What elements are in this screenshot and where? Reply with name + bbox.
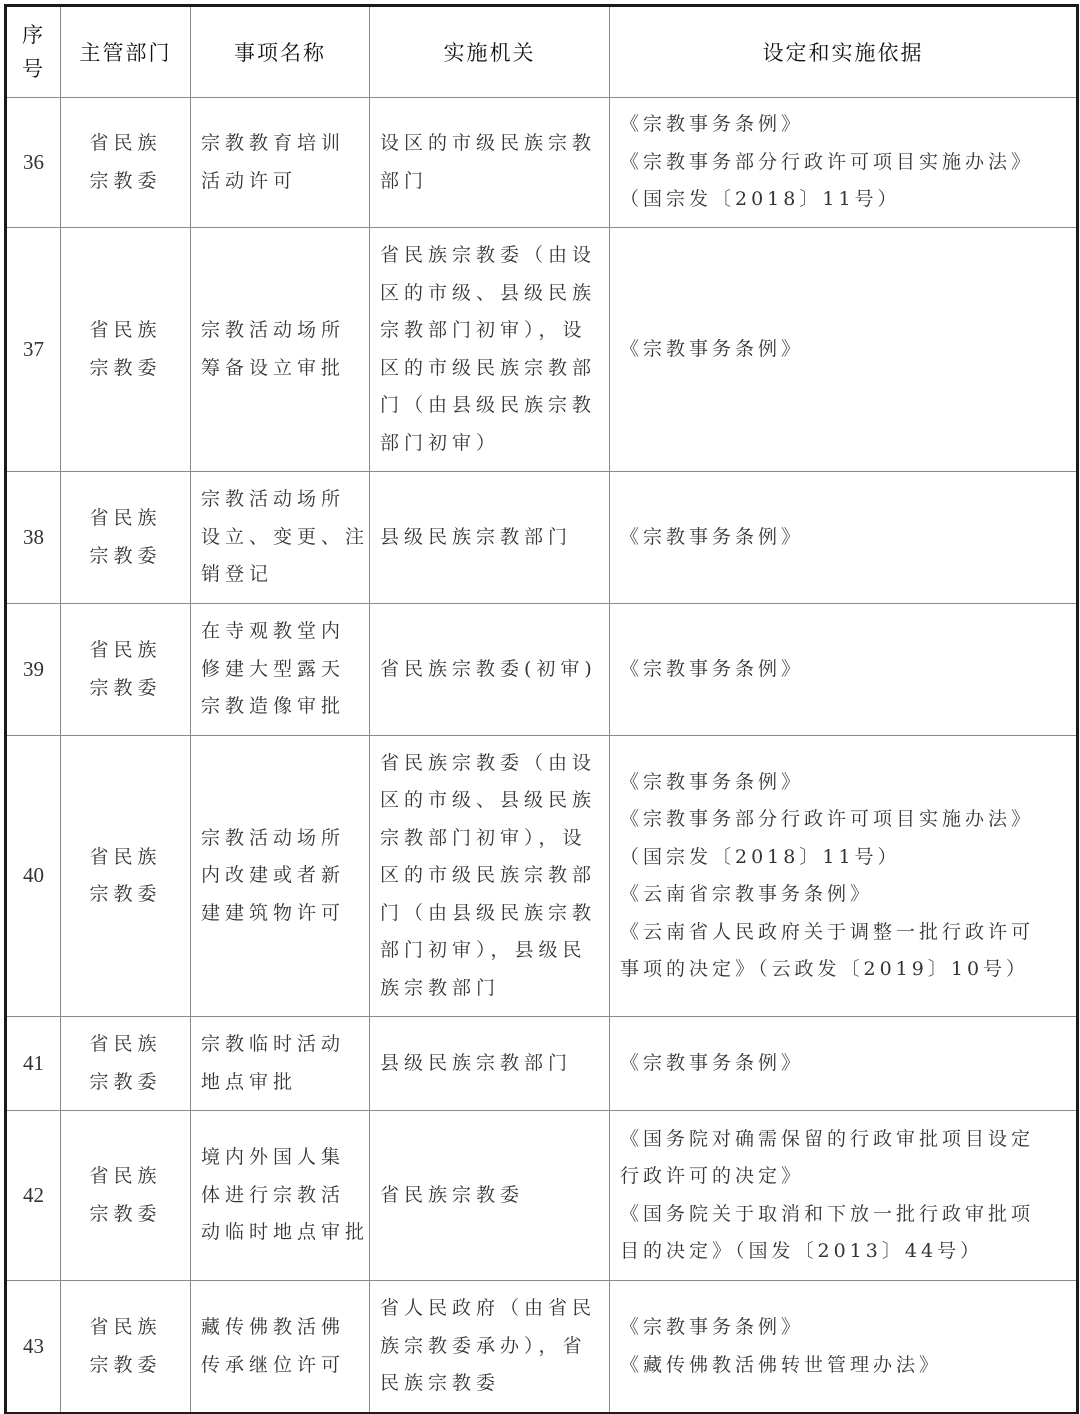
item-name-cell-line: 传承继位许可 [201, 1347, 363, 1385]
item-name-cell-line: 设立、变更、注 [201, 519, 363, 557]
legal-basis-cell-line: 《宗教事务条例》 [620, 651, 1072, 689]
item-name-cell-line: 宗教活动场所 [201, 481, 363, 519]
item-name-cell: 宗教临时活动地点审批 [191, 1017, 370, 1111]
item-name-cell: 宗教活动场所筹备设立审批 [191, 228, 370, 472]
table-row: 39省民族宗教委在寺观教堂内修建大型露天宗教造像审批省民族宗教委(初审)《宗教事… [6, 604, 1078, 736]
item-name-cell-line: 动临时地点审批 [201, 1214, 363, 1252]
legal-basis-cell-line: 《宗教事务部分行政许可项目实施办法》 [620, 801, 1072, 839]
department-cell-line: 省民族 [61, 500, 190, 538]
legal-basis-cell: 《宗教事务条例》 [610, 604, 1078, 736]
row-number: 40 [6, 736, 61, 1017]
item-name-cell-line: 筹备设立审批 [201, 350, 363, 388]
row-number: 43 [6, 1281, 61, 1414]
legal-basis-cell-line: 行政许可的决定》 [620, 1158, 1072, 1196]
item-name-cell-line: 修建大型露天 [201, 651, 363, 689]
item-name-cell-line: 活动许可 [201, 163, 363, 201]
department-cell: 省民族宗教委 [61, 472, 191, 604]
implementing-agency-cell-line: 民族宗教委 [380, 1365, 603, 1403]
implementing-agency-cell-line: 区的市级、县级民族 [380, 782, 603, 820]
department-cell: 省民族宗教委 [61, 604, 191, 736]
legal-basis-cell-line: 《宗教事务条例》 [620, 106, 1072, 144]
implementing-agency-cell-line: 宗教部门初审），设 [380, 820, 603, 858]
legal-basis-cell: 《宗教事务条例》《藏传佛教活佛转世管理办法》 [610, 1281, 1078, 1414]
legal-basis-cell-line: 《云南省人民政府关于调整一批行政许可 [620, 914, 1072, 952]
implementing-agency-cell-line: 部门 [380, 163, 603, 201]
legal-basis-cell: 《国务院对确需保留的行政审批项目设定行政许可的决定》《国务院关于取消和下放一批行… [610, 1111, 1078, 1281]
department-cell-line: 省民族 [61, 1158, 190, 1196]
implementing-agency-cell-line: 部门初审），县级民 [380, 932, 603, 970]
department-cell: 省民族宗教委 [61, 736, 191, 1017]
administrative-permit-table: 序 号 主管部门 事项名称 实施机关 设定和实施依据 36省民族宗教委宗教教育培… [4, 4, 1079, 1414]
table-row: 41省民族宗教委宗教临时活动地点审批县级民族宗教部门《宗教事务条例》 [6, 1017, 1078, 1111]
header-seq-line2: 号 [7, 52, 60, 86]
row-number: 42 [6, 1111, 61, 1281]
department-cell-line: 省民族 [61, 632, 190, 670]
implementing-agency-cell-line: 省民族宗教委（由设 [380, 237, 603, 275]
legal-basis-cell-line: 《藏传佛教活佛转世管理办法》 [620, 1347, 1072, 1385]
legal-basis-cell: 《宗教事务条例》 [610, 228, 1078, 472]
header-seq: 序 号 [6, 6, 61, 98]
implementing-agency-cell: 县级民族宗教部门 [370, 1017, 610, 1111]
table-row: 40省民族宗教委宗教活动场所内改建或者新建建筑物许可省民族宗教委（由设区的市级、… [6, 736, 1078, 1017]
implementing-agency-cell: 省民族宗教委(初审) [370, 604, 610, 736]
row-number: 36 [6, 98, 61, 228]
item-name-cell-line: 体进行宗教活 [201, 1177, 363, 1215]
implementing-agency-cell-line: 宗教部门初审），设 [380, 312, 603, 350]
legal-basis-cell-line: 《国务院关于取消和下放一批行政审批项 [620, 1196, 1072, 1234]
legal-basis-cell: 《宗教事务条例》《宗教事务部分行政许可项目实施办法》（国宗发〔2018〕11号） [610, 98, 1078, 228]
legal-basis-cell: 《宗教事务条例》《宗教事务部分行政许可项目实施办法》（国宗发〔2018〕11号）… [610, 736, 1078, 1017]
header-basis: 设定和实施依据 [610, 6, 1078, 98]
item-name-cell-line: 销登记 [201, 556, 363, 594]
implementing-agency-cell-line: 门（由县级民族宗教 [380, 387, 603, 425]
legal-basis-cell-line: 《宗教事务条例》 [620, 519, 1072, 557]
item-name-cell-line: 宗教教育培训 [201, 125, 363, 163]
implementing-agency-cell: 省民族宗教委 [370, 1111, 610, 1281]
item-name-cell: 宗教教育培训活动许可 [191, 98, 370, 228]
implementing-agency-cell-line: 族宗教部门 [380, 970, 603, 1008]
table-row: 37省民族宗教委宗教活动场所筹备设立审批省民族宗教委（由设区的市级、县级民族宗教… [6, 228, 1078, 472]
department-cell-line: 宗教委 [61, 1196, 190, 1234]
department-cell: 省民族宗教委 [61, 98, 191, 228]
implementing-agency-cell-line: 省民族宗教委 [380, 1177, 603, 1215]
department-cell-line: 宗教委 [61, 163, 190, 201]
header-dept: 主管部门 [61, 6, 191, 98]
implementing-agency-cell-line: 门（由县级民族宗教 [380, 895, 603, 933]
legal-basis-cell-line: 《云南省宗教事务条例》 [620, 876, 1072, 914]
department-cell-line: 省民族 [61, 839, 190, 877]
legal-basis-cell-line: 目的决定》（国发〔2013〕44号） [620, 1233, 1072, 1271]
implementing-agency-cell-line: 县级民族宗教部门 [380, 1045, 603, 1083]
row-number: 37 [6, 228, 61, 472]
item-name-cell-line: 藏传佛教活佛 [201, 1309, 363, 1347]
item-name-cell-line: 建建筑物许可 [201, 895, 363, 933]
implementing-agency-cell: 省民族宗教委（由设区的市级、县级民族宗教部门初审），设区的市级民族宗教部门（由县… [370, 736, 610, 1017]
legal-basis-cell-line: （国宗发〔2018〕11号） [620, 181, 1072, 219]
item-name-cell: 境内外国人集体进行宗教活动临时地点审批 [191, 1111, 370, 1281]
header-org: 实施机关 [370, 6, 610, 98]
implementing-agency-cell-line: 部门初审） [380, 425, 603, 463]
department-cell-line: 宗教委 [61, 1347, 190, 1385]
legal-basis-cell-line: 《宗教事务条例》 [620, 1309, 1072, 1347]
table-row: 42省民族宗教委境内外国人集体进行宗教活动临时地点审批省民族宗教委《国务院对确需… [6, 1111, 1078, 1281]
implementing-agency-cell: 省人民政府（由省民族宗教委承办），省民族宗教委 [370, 1281, 610, 1414]
implementing-agency-cell-line: 省民族宗教委（由设 [380, 745, 603, 783]
implementing-agency-cell-line: 设区的市级民族宗教 [380, 125, 603, 163]
legal-basis-cell-line: 《宗教事务部分行政许可项目实施办法》 [620, 144, 1072, 182]
legal-basis-cell: 《宗教事务条例》 [610, 1017, 1078, 1111]
item-name-cell-line: 宗教活动场所 [201, 312, 363, 350]
department-cell-line: 省民族 [61, 125, 190, 163]
implementing-agency-cell: 设区的市级民族宗教部门 [370, 98, 610, 228]
implementing-agency-cell-line: 族宗教委承办），省 [380, 1328, 603, 1366]
table-row: 38省民族宗教委宗教活动场所设立、变更、注销登记县级民族宗教部门《宗教事务条例》 [6, 472, 1078, 604]
legal-basis-cell: 《宗教事务条例》 [610, 472, 1078, 604]
implementing-agency-cell-line: 区的市级、县级民族 [380, 275, 603, 313]
department-cell-line: 宗教委 [61, 350, 190, 388]
legal-basis-cell-line: 《国务院对确需保留的行政审批项目设定 [620, 1121, 1072, 1159]
implementing-agency-cell: 县级民族宗教部门 [370, 472, 610, 604]
legal-basis-cell-line: 《宗教事务条例》 [620, 1045, 1072, 1083]
department-cell: 省民族宗教委 [61, 1281, 191, 1414]
row-number: 38 [6, 472, 61, 604]
header-row: 序 号 主管部门 事项名称 实施机关 设定和实施依据 [6, 6, 1078, 98]
item-name-cell-line: 宗教造像审批 [201, 688, 363, 726]
department-cell-line: 宗教委 [61, 876, 190, 914]
table-row: 36省民族宗教委宗教教育培训活动许可设区的市级民族宗教部门《宗教事务条例》《宗教… [6, 98, 1078, 228]
implementing-agency-cell: 省民族宗教委（由设区的市级、县级民族宗教部门初审），设区的市级民族宗教部门（由县… [370, 228, 610, 472]
table-body: 36省民族宗教委宗教教育培训活动许可设区的市级民族宗教部门《宗教事务条例》《宗教… [6, 98, 1078, 1414]
item-name-cell-line: 宗教临时活动 [201, 1026, 363, 1064]
row-number: 41 [6, 1017, 61, 1111]
department-cell: 省民族宗教委 [61, 1111, 191, 1281]
header-item: 事项名称 [191, 6, 370, 98]
item-name-cell: 藏传佛教活佛传承继位许可 [191, 1281, 370, 1414]
implementing-agency-cell-line: 县级民族宗教部门 [380, 519, 603, 557]
legal-basis-cell-line: 《宗教事务条例》 [620, 764, 1072, 802]
implementing-agency-cell-line: 区的市级民族宗教部 [380, 857, 603, 895]
department-cell-line: 宗教委 [61, 670, 190, 708]
item-name-cell: 宗教活动场所设立、变更、注销登记 [191, 472, 370, 604]
item-name-cell-line: 境内外国人集 [201, 1139, 363, 1177]
item-name-cell-line: 宗教活动场所 [201, 820, 363, 858]
department-cell: 省民族宗教委 [61, 1017, 191, 1111]
department-cell-line: 省民族 [61, 1026, 190, 1064]
item-name-cell-line: 在寺观教堂内 [201, 613, 363, 651]
legal-basis-cell-line: （国宗发〔2018〕11号） [620, 839, 1072, 877]
legal-basis-cell-line: 《宗教事务条例》 [620, 331, 1072, 369]
item-name-cell: 宗教活动场所内改建或者新建建筑物许可 [191, 736, 370, 1017]
department-cell-line: 省民族 [61, 1309, 190, 1347]
department-cell-line: 宗教委 [61, 1064, 190, 1102]
department-cell-line: 宗教委 [61, 538, 190, 576]
item-name-cell-line: 内改建或者新 [201, 857, 363, 895]
implementing-agency-cell-line: 省民族宗教委(初审) [380, 651, 603, 689]
implementing-agency-cell-line: 区的市级民族宗教部 [380, 350, 603, 388]
item-name-cell: 在寺观教堂内修建大型露天宗教造像审批 [191, 604, 370, 736]
row-number: 39 [6, 604, 61, 736]
table-row: 43省民族宗教委藏传佛教活佛传承继位许可省人民政府（由省民族宗教委承办），省民族… [6, 1281, 1078, 1414]
department-cell-line: 省民族 [61, 312, 190, 350]
legal-basis-cell-line: 事项的决定》（云政发〔2019〕10号） [620, 951, 1072, 989]
department-cell: 省民族宗教委 [61, 228, 191, 472]
header-seq-line1: 序 [7, 18, 60, 52]
item-name-cell-line: 地点审批 [201, 1064, 363, 1102]
implementing-agency-cell-line: 省人民政府（由省民 [380, 1290, 603, 1328]
